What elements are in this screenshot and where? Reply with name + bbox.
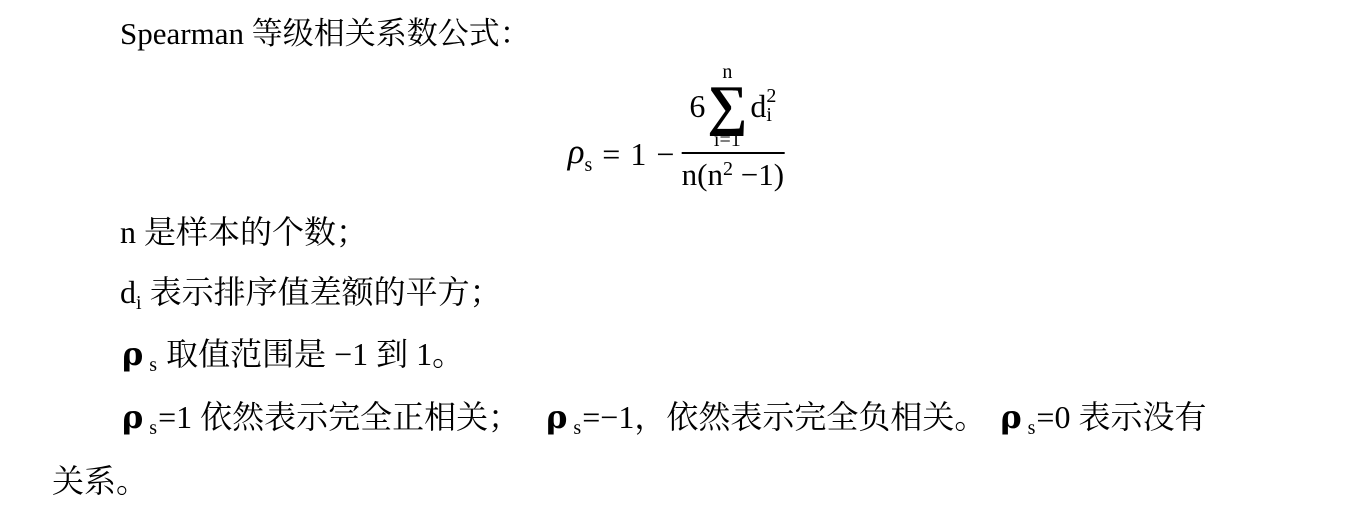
sigma-symbol: ∑	[707, 82, 747, 130]
coefficient: 6	[689, 88, 705, 125]
rho-symbol: ρ	[568, 132, 585, 171]
summand: d 2 i	[750, 87, 776, 125]
continuation-text: 关系。	[52, 463, 148, 499]
n-symbol: n	[120, 214, 136, 250]
summation-operator: n ∑ i=1	[707, 62, 747, 150]
d-definition-line: di 表示排序值差额的平方；	[120, 272, 502, 314]
segment-text: =1 依然表示完全正相关；	[158, 399, 520, 435]
rho-subscript: s	[1028, 417, 1036, 439]
n-definition-text: 是样本的个数；	[136, 214, 368, 250]
title-text: Spearman 等级相关系数公式：	[120, 16, 531, 51]
rho-symbol: ρ	[122, 335, 143, 373]
spearman-formula: ρs = 1 − 6 n ∑ i=1 d 2 i n(n2 −1)	[568, 62, 785, 247]
segment-text: =0 表示没有	[1036, 399, 1206, 435]
denominator-post: −1)	[733, 157, 784, 192]
rho-range-line: ρs 取值范围是 −1 到 1。	[122, 334, 464, 376]
rho-values-line: ρs=1 依然表示完全正相关；ρs=−1，依然表示完全负相关。ρs=0 表示没有	[122, 397, 1206, 439]
sum-lower-limit: i=1	[714, 130, 741, 150]
rho-subscript: s	[149, 417, 157, 439]
summand-subscript: i	[766, 106, 772, 125]
summand-scripts: 2 i	[766, 87, 776, 125]
continuation-line: 关系。	[52, 461, 148, 503]
rho-subscript: s	[585, 154, 593, 176]
rho-subscript: s	[573, 417, 581, 439]
d-symbol: d	[120, 274, 136, 310]
d-definition-text: 表示排序值差额的平方；	[142, 274, 502, 310]
summand-base: d	[750, 88, 766, 125]
title-line: Spearman 等级相关系数公式：	[120, 14, 531, 54]
rho-range-text: 取值范围是 −1 到 1。	[158, 336, 464, 372]
rho-equals-0-segment: ρs=0 表示没有	[1000, 399, 1206, 435]
rho-symbol: ρ	[1000, 398, 1021, 436]
denominator-superscript: 2	[723, 158, 733, 180]
rho-subscript: s	[149, 354, 157, 376]
denominator-pre: n(n	[682, 157, 723, 192]
fraction-denominator: n(n2 −1)	[682, 154, 784, 195]
rho-equals-minus-1-segment: ρs=−1，依然表示完全负相关。	[546, 399, 986, 435]
formula-equals: = 1 −	[602, 136, 675, 173]
segment-text: =−1，依然表示完全负相关。	[582, 399, 986, 435]
rho-symbol: ρ	[546, 398, 567, 436]
document-page: Spearman 等级相关系数公式： ρs = 1 − 6 n ∑ i=1 d …	[0, 0, 1352, 526]
fraction-numerator: 6 n ∑ i=1 d 2 i	[681, 62, 784, 154]
rho-symbol: ρ	[122, 398, 143, 436]
n-definition-line: n 是样本的个数；	[120, 212, 368, 254]
formula-lhs: ρs	[568, 132, 593, 177]
formula-fraction: 6 n ∑ i=1 d 2 i n(n2 −1)	[681, 62, 784, 195]
rho-equals-1-segment: ρs=1 依然表示完全正相关；	[122, 399, 520, 435]
